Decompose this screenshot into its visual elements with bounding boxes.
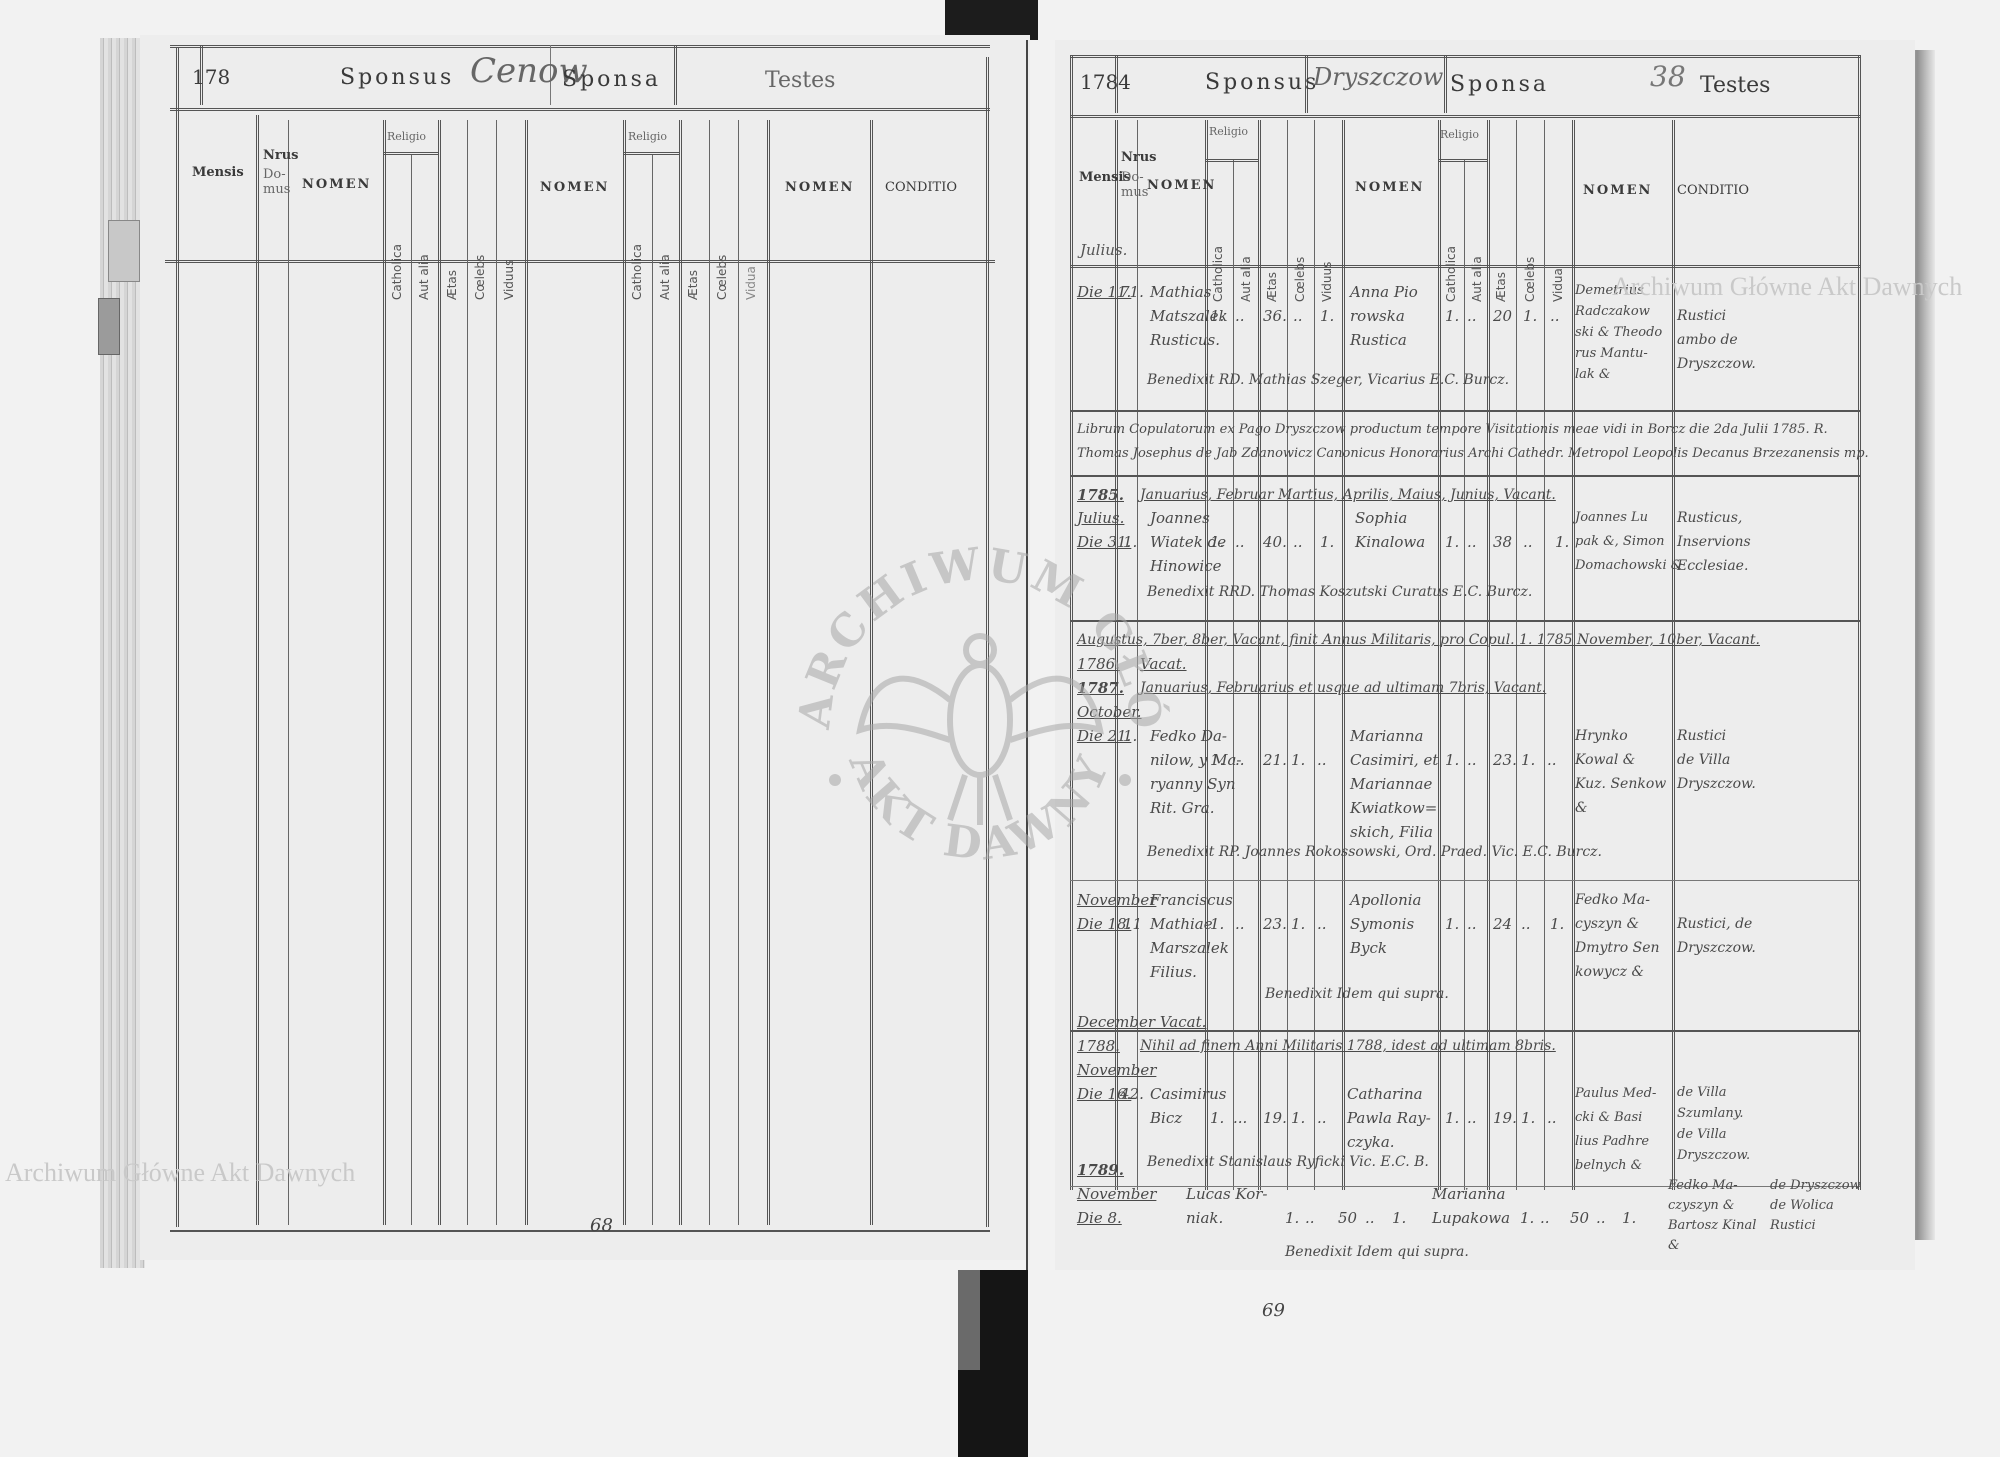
sponsus-heading: Sponsus bbox=[1205, 70, 1319, 95]
sponsus-heading: Sponsus bbox=[340, 65, 454, 90]
entry-bride-celebs: .. bbox=[1523, 530, 1533, 554]
seal-top-text: ARCHIWUM GŁÓWNE bbox=[790, 530, 1170, 735]
entry-groom-celebs: .. bbox=[1293, 530, 1303, 554]
col-nrus: Nrus bbox=[1121, 150, 1157, 165]
vacant-line: Augustus, 7ber, 8ber, Vacant, finit Annu… bbox=[1077, 628, 1760, 652]
col-mensis: Mensis bbox=[192, 165, 244, 180]
col-aetas: Ætas bbox=[445, 270, 459, 300]
vacant-line: Januarius, Februarius et usque ad ultima… bbox=[1140, 676, 1546, 700]
col-nrus: Nrus bbox=[263, 148, 299, 163]
entry-bride-catholica: 1. bbox=[1445, 304, 1459, 328]
entry-groom-aut-alia: .. bbox=[1235, 530, 1245, 554]
entry-bride-aetas: 50 bbox=[1570, 1206, 1589, 1230]
col-nomen-sponsus: NOMEN bbox=[1147, 178, 1216, 193]
archive-seal-watermark: ARCHIWUM GŁÓWNE AKT DAWNYCH bbox=[790, 530, 1170, 910]
entry-groom-aut-alia: .. bbox=[1235, 304, 1245, 328]
entry-groom-catholica: 1. bbox=[1210, 1106, 1224, 1130]
entry-groom-celebs: 1. bbox=[1291, 1106, 1305, 1130]
entry-bride-catholica: 1. bbox=[1445, 748, 1459, 772]
col-nomen-sponsus: NOMEN bbox=[302, 177, 371, 192]
entry-bride: Apollonia Symonis Byck bbox=[1350, 888, 1422, 960]
archive-watermark: Archiwum Główne Akt Dawnych bbox=[1612, 272, 1962, 302]
entry-groom-aut-alia: .. bbox=[1305, 1206, 1315, 1230]
entry-condition: Rusticus, Inservions Ecclesiae. bbox=[1677, 506, 1751, 578]
col-viduus: Viduus bbox=[1320, 262, 1334, 302]
entry-month: November bbox=[1077, 1182, 1156, 1206]
entry-bride-vidua: .. bbox=[1547, 748, 1557, 772]
col-conditio: CONDITIO bbox=[885, 180, 957, 195]
entry-date: Die 8. bbox=[1077, 1206, 1122, 1230]
col-conditio: CONDITIO bbox=[1677, 183, 1749, 198]
page-tab bbox=[108, 220, 140, 282]
col-celebs: Cœlebs bbox=[1523, 257, 1537, 302]
col-aetas: Ætas bbox=[1494, 272, 1508, 302]
entry-bride: Marianna Lupakowa bbox=[1432, 1182, 1510, 1230]
vacant-line: Januarius, Februar Martius, Aprilis, Mai… bbox=[1140, 483, 1556, 507]
col-catholica: Catholica bbox=[630, 244, 644, 300]
entry-bride: Sophia Kinalowa bbox=[1355, 506, 1425, 554]
entry-groom-catholica: 1. bbox=[1210, 530, 1224, 554]
vacant-line: Nihil ad finem Anni Militaris 1788, ides… bbox=[1140, 1034, 1556, 1058]
entry-witnesses: Fedko Ma- cyszyn & Dmytro Sen kowycz & bbox=[1575, 888, 1660, 984]
col-nomen-sponsa: NOMEN bbox=[540, 180, 609, 195]
entry-groom-aetas: 40. bbox=[1263, 530, 1287, 554]
entry-bride-vidua: .. bbox=[1550, 304, 1560, 328]
entry-groom-viduus: 1. bbox=[1392, 1206, 1406, 1230]
entry-house: 11 bbox=[1123, 912, 1142, 936]
entry-groom-celebs: .. bbox=[1293, 304, 1303, 328]
entry-groom-viduus: 1. bbox=[1320, 304, 1334, 328]
svg-text:ARCHIWUM GŁÓWNE: ARCHIWUM GŁÓWNE bbox=[790, 530, 1170, 735]
entry-groom-viduus: .. bbox=[1317, 1106, 1327, 1130]
entry-bride-vidua: 1. bbox=[1622, 1206, 1636, 1230]
entry-groom-aut-alia: .. bbox=[1235, 912, 1245, 936]
col-domus: Do-mus bbox=[1121, 170, 1139, 200]
entry-house: 71. bbox=[1120, 280, 1144, 304]
entry-condition: Rustici de Villa Dryszczow. bbox=[1677, 724, 1756, 796]
entry-bride-aut-alia: .. bbox=[1467, 912, 1477, 936]
entry-bride-celebs: 1. bbox=[1521, 748, 1535, 772]
year-marker: 1788. bbox=[1077, 1034, 1120, 1058]
col-religio: Religio bbox=[387, 130, 426, 143]
entry-groom-viduus: .. bbox=[1317, 748, 1327, 772]
page-number: 69 bbox=[1262, 1300, 1285, 1321]
entry-bride-catholica: 1. bbox=[1445, 530, 1459, 554]
year-marker: 1789. bbox=[1077, 1158, 1124, 1182]
entry-month: Julius. bbox=[1077, 506, 1124, 530]
entry-groom-viduus: 1. bbox=[1320, 530, 1334, 554]
entry-bride: Marianna Casimiri, et Mariannae Kwiatkow… bbox=[1350, 724, 1438, 844]
entry-bride-celebs: 1. bbox=[1523, 304, 1537, 328]
entry-witnesses: Hrynko Kowal & Kuz. Senkow & bbox=[1575, 724, 1666, 820]
entry-witnesses: Fedko Ma- czyszyn & Bartosz Kinal & bbox=[1668, 1176, 1756, 1256]
entry-bride-aut-alia: .. bbox=[1467, 748, 1477, 772]
col-aut-alia: Aut alia bbox=[658, 254, 672, 300]
entry-witnesses: Paulus Med- cki & Basi lius Padhre belny… bbox=[1575, 1082, 1656, 1178]
binding-clip bbox=[945, 0, 1038, 40]
entry-bride-aetas: 38 bbox=[1493, 530, 1512, 554]
entry-blessed: Benedixit RD. Mathias Szeger, Vicarius E… bbox=[1147, 368, 1509, 392]
year: 1784 bbox=[1080, 70, 1131, 94]
col-celebs: Cœlebs bbox=[1293, 257, 1307, 302]
visitation-note: Thomas Josephus de Jab Zdanowicz Canonic… bbox=[1077, 442, 1869, 466]
col-nomen-testes: NOMEN bbox=[785, 180, 854, 195]
entry-bride-aetas: 19. bbox=[1493, 1106, 1517, 1130]
entry-house: 42. bbox=[1120, 1082, 1144, 1106]
sponsa-heading: Sponsa bbox=[562, 67, 661, 92]
entry-groom-catholica: 1. bbox=[1210, 304, 1224, 328]
col-celebs: Cœlebs bbox=[473, 255, 487, 300]
col-aut-alia: Aut alia bbox=[1470, 256, 1484, 302]
entry-groom-aut-alia: .. bbox=[1235, 748, 1245, 772]
testes-heading: Testes bbox=[1700, 73, 1770, 98]
entry-bride-celebs: 1. bbox=[1521, 1106, 1535, 1130]
testes-heading: Testes bbox=[765, 68, 835, 93]
entry-groom-celebs: 1. bbox=[1291, 748, 1305, 772]
entry-bride: Anna Pio rowska Rustica bbox=[1350, 280, 1418, 352]
entry-bride-vidua: 1. bbox=[1550, 912, 1564, 936]
year-prefix: 178 bbox=[192, 65, 230, 89]
binding-clip bbox=[958, 1270, 980, 1370]
entry-groom-catholica: 1. bbox=[1210, 912, 1224, 936]
folio-number: 38 bbox=[1650, 65, 1686, 89]
entry-bride-vidua: 1. bbox=[1555, 530, 1569, 554]
entry-groom-celebs: 1. bbox=[1291, 912, 1305, 936]
entry-groom-aut-alia: ... bbox=[1233, 1106, 1247, 1130]
col-catholica: Catholica bbox=[390, 244, 404, 300]
entry-bride-aetas: 24 bbox=[1493, 912, 1512, 936]
entry-bride-catholica: 1. bbox=[1445, 1106, 1459, 1130]
entry-groom-aetas: 50 bbox=[1338, 1206, 1357, 1230]
entry-condition: de Dryszczow de Wolica Rustici bbox=[1770, 1176, 1861, 1236]
entry-groom-aetas: 21. bbox=[1263, 748, 1287, 772]
year-marker: 1785. bbox=[1077, 483, 1124, 507]
col-domus: Do-mus bbox=[263, 167, 287, 197]
entry-groom: Lucas Kor- niak. bbox=[1186, 1182, 1268, 1230]
entry-groom-aetas: 23. bbox=[1263, 912, 1287, 936]
right-page: 1784 Sponsus Dryszczow Sponsa 38 Testes … bbox=[1055, 40, 1915, 1245]
col-vidua: Vidua bbox=[744, 266, 758, 300]
col-religio: Religio bbox=[1209, 125, 1248, 138]
entry-blessed: Benedixit Idem qui supra. bbox=[1265, 982, 1449, 1006]
entry-bride-aut-alia: .. bbox=[1467, 530, 1477, 554]
entry-bride-aut-alia: .. bbox=[1467, 1106, 1477, 1130]
entry-condition: Rustici, de Dryszczow. bbox=[1677, 912, 1756, 960]
col-vidua: Vidua bbox=[1551, 268, 1565, 302]
col-celebs: Cœlebs bbox=[715, 255, 729, 300]
entry-groom-celebs: .. bbox=[1365, 1206, 1375, 1230]
entry-bride-aut-alia: .. bbox=[1467, 304, 1477, 328]
entry-blessed: Benedixit RRD. Thomas Koszutski Curatus … bbox=[1147, 580, 1532, 604]
first-month: Julius. bbox=[1080, 238, 1127, 262]
entry-bride: Catharina Pawla Ray- czyka. bbox=[1347, 1082, 1431, 1154]
col-nomen-sponsa: NOMEN bbox=[1355, 180, 1424, 195]
entry-bride-catholica: 1. bbox=[1445, 912, 1459, 936]
entry-bride-vidua: .. bbox=[1547, 1106, 1557, 1130]
entry-groom-aetas: 36. bbox=[1263, 304, 1287, 328]
entry-blessed: Benedixit RP. Joannes Rokossowski, Ord. … bbox=[1147, 840, 1602, 864]
col-aut-alia: Aut alia bbox=[417, 254, 431, 300]
entry-blessed: Benedixit Idem qui supra. bbox=[1285, 1240, 1469, 1264]
entry-bride-aetas: 23. bbox=[1493, 748, 1517, 772]
visitation-note: Librum Copulatorum ex Pago Dryszczow pro… bbox=[1077, 418, 1828, 442]
col-aut-alia: Aut alia bbox=[1239, 256, 1253, 302]
entry-bride-celebs: .. bbox=[1521, 912, 1531, 936]
entry-bride-catholica: 1. bbox=[1520, 1206, 1534, 1230]
col-catholica: Catholica bbox=[1444, 246, 1458, 302]
entry-witnesses: Joannes Lu pak &, Simon Domachowski & bbox=[1575, 506, 1682, 578]
col-religio: Religio bbox=[628, 130, 667, 143]
entry-groom-aetas: 19. bbox=[1263, 1106, 1287, 1130]
entry-month: November bbox=[1077, 1058, 1156, 1082]
entry-groom-viduus: .. bbox=[1317, 912, 1327, 936]
page-number: 68 bbox=[590, 1215, 613, 1236]
page-tab bbox=[98, 298, 120, 355]
sponsa-heading: Sponsa bbox=[1450, 72, 1549, 97]
archive-watermark: Archiwum Główne Akt Dawnych bbox=[5, 1158, 355, 1188]
entry-condition: de Villa Szumlany. de Villa Dryszczow. bbox=[1677, 1082, 1750, 1166]
col-religio: Religio bbox=[1440, 128, 1479, 141]
col-aetas: Ætas bbox=[1265, 272, 1279, 302]
col-nomen-testes: NOMEN bbox=[1583, 183, 1652, 198]
col-aetas: Ætas bbox=[686, 270, 700, 300]
entry-bride-celebs: .. bbox=[1596, 1206, 1606, 1230]
entry-bride-aetas: 20 bbox=[1493, 304, 1512, 328]
col-viduus: Viduus bbox=[502, 260, 516, 300]
parish-name: Dryszczow bbox=[1313, 65, 1443, 89]
entry-blessed: Benedixit Stanislaus Ryficki Vic. E.C. B… bbox=[1147, 1150, 1429, 1174]
entry-groom-catholica: 1. bbox=[1210, 748, 1224, 772]
entry-bride-aut-alia: .. bbox=[1540, 1206, 1550, 1230]
entry-condition: Rustici ambo de Dryszczow. bbox=[1677, 304, 1756, 376]
entry-groom-catholica: 1. bbox=[1285, 1206, 1299, 1230]
